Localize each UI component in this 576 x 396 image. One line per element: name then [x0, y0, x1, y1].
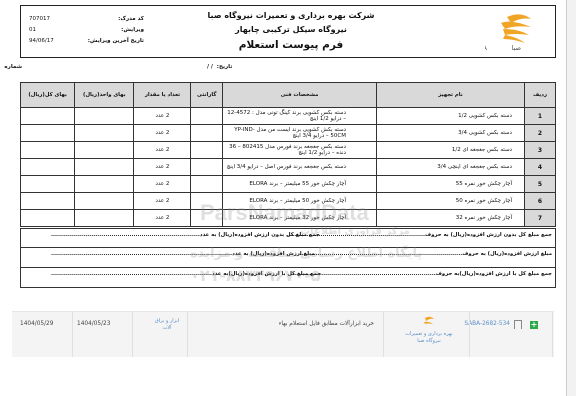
svg-text:SABA: SABA [485, 44, 488, 52]
svg-text:صبا: صبا [512, 44, 522, 52]
company-name: شرکت بهره برداری و تعمیرات نیروگاه صبا [161, 9, 421, 23]
col-warranty: گارانتی [191, 83, 223, 108]
table-row: 7آچار چکش خور نمره 32آچار چکش خور 32 میل… [21, 210, 556, 227]
total-without-vat-row: جمع مبلغ کل بدون ارزش افزوده(ریال) به حر… [20, 228, 556, 248]
plant-name: نیروگاه سیکل ترکیبی چابهار [161, 23, 421, 37]
document-header: SABA صبا شرکت بهره برداری و تعمیرات نیرو… [20, 5, 556, 58]
saba-logo: SABA صبا [485, 11, 545, 53]
table-row: 1دسته بکس کشویی 1/2دسته بکس کشویی برند ک… [21, 108, 556, 125]
document-meta: کد مدرک:707017 ویرایش:01 تاریخ آخرین ویر… [29, 14, 144, 47]
total-with-vat-row: جمع مبلغ کل با ارزش افزوده(ریال)به حروف.… [20, 268, 556, 288]
start-date: 1404/05/23 [77, 321, 110, 327]
org-logo-icon [422, 316, 436, 328]
col-name: نام تجهیز [377, 83, 525, 108]
number-label: شماره [4, 64, 22, 70]
col-total-price: بهای کل(ریال) [21, 83, 75, 108]
tender-title-link[interactable]: خرید ابزارآلات مطابق فایل استعلام بهاء [279, 321, 374, 327]
table-row: 2دسته بکس کشویی 3/4دسته بکش کشویی برند ا… [21, 125, 556, 142]
totals-section: جمع مبلغ کل بدون ارزش افزوده(ریال) به حر… [20, 228, 556, 288]
doc-code-value: 707017 [29, 14, 50, 25]
table-row: 4دسته بکس جغجغه ای اینچی 3/4دسته بکس جغج… [21, 159, 556, 176]
add-icon[interactable]: + [530, 321, 538, 329]
col-spec: مشخصات فنی [223, 83, 377, 108]
end-date: 1404/05/29 [20, 321, 53, 327]
items-table: ردیف نام تجهیز مشخصات فنی گارانتی تعداد … [20, 82, 556, 227]
doc-code-label: کد مدرک: [118, 14, 144, 25]
revision-label: ویرایش: [121, 25, 144, 36]
col-qty: تعداد یا مقدار [134, 83, 191, 108]
organization-link[interactable]: بهره برداری و تعمیرات نیروگاه صبا [399, 316, 459, 345]
revision-value: 01 [29, 25, 36, 36]
date-field: تاریخ: / / [207, 64, 232, 70]
table-row: 6آچار چکش خور نمره 50آچار چکش خور 50 میل… [21, 193, 556, 210]
last-revision-value: 94/06/17 [29, 36, 54, 47]
table-row: 3دسته بکس جغجغه ای 1/2دسته بکس جغجغه برن… [21, 142, 556, 159]
col-row: ردیف [525, 83, 556, 108]
last-revision-label: تاریخ آخرین ویرایش: [88, 36, 144, 47]
table-row: 5آچار چکش خور نمره 55آچار چکش خور 55 میل… [21, 176, 556, 193]
col-unit-price: بهای واحد(ریال) [75, 83, 134, 108]
scrollbar[interactable] [566, 0, 576, 396]
category-link[interactable]: ابزار و یراق آلات [152, 318, 182, 332]
tender-code-link[interactable]: SABA-2682-534 [464, 321, 510, 327]
vat-row: مبلغ ارزش افزوده(ریال) به حروف..........… [20, 248, 556, 268]
bookmark-icon[interactable] [514, 320, 522, 329]
form-title: فرم پیوست استعلام [161, 37, 421, 53]
document-image: SABA صبا شرکت بهره برداری و تعمیرات نیرو… [0, 0, 566, 310]
tender-listing-row[interactable]: + SABA-2682-534 بهره برداری و تعمیرات نی… [12, 311, 554, 357]
